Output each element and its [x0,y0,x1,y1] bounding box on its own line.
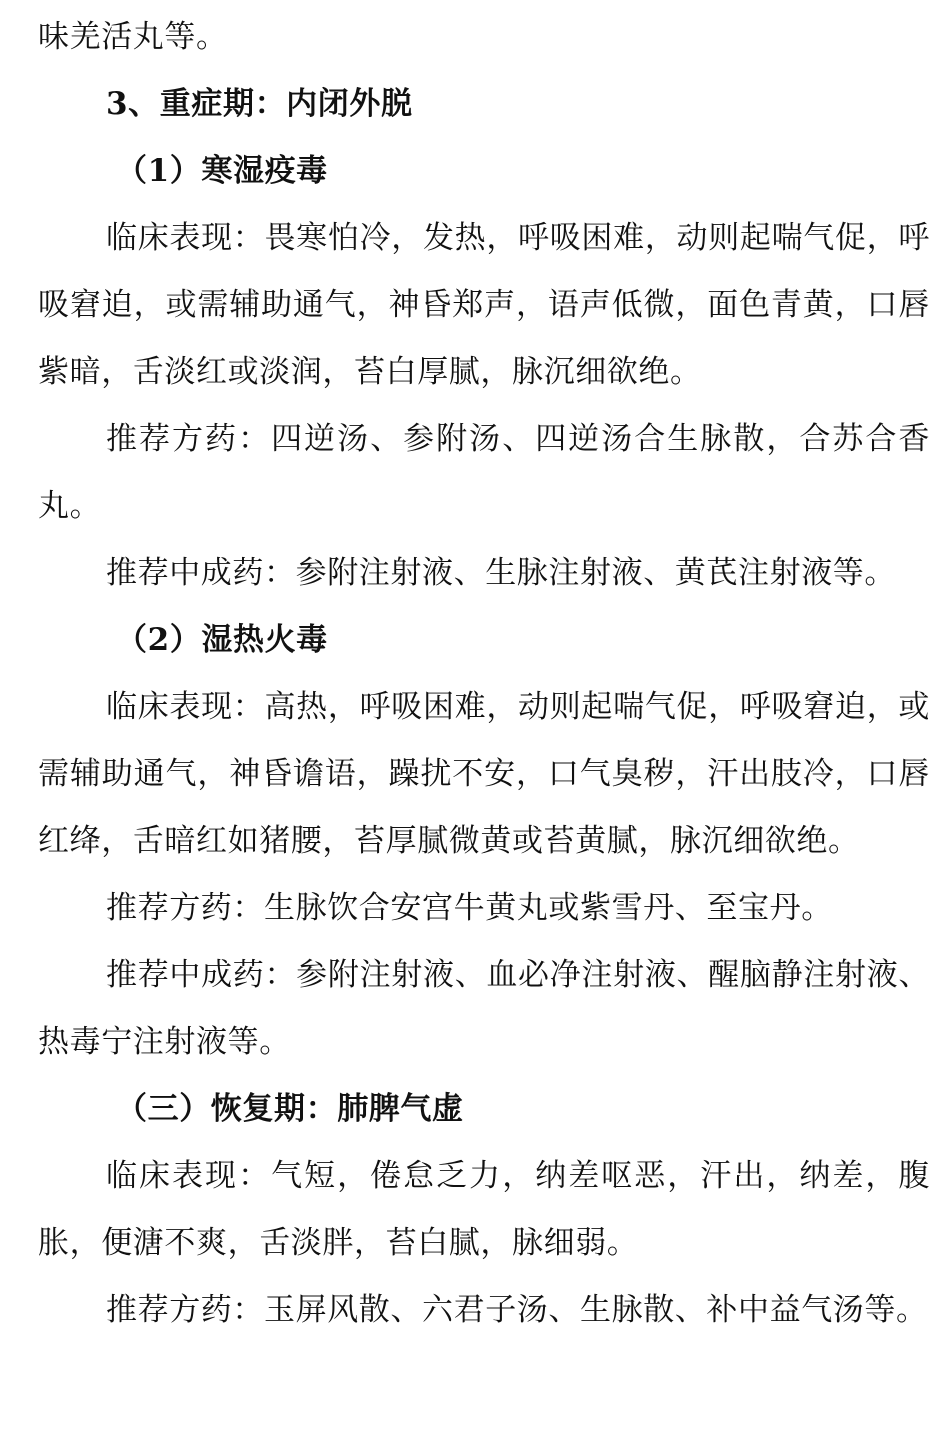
recommended-prescription-paragraph: 推荐方药：生脉饮合安宫牛黄丸或紫雪丹、至宝丹。 [38,875,930,942]
clinical-manifestation-paragraph: 临床表现：高热，呼吸困难，动则起喘气促，呼吸窘迫，或需辅助通气，神昏谵语，躁扰不… [38,674,930,875]
subheading-damp-heat: （2）湿热火毒 [38,607,930,674]
recommended-prescription-paragraph: 推荐方药：玉屏风散、六君子汤、生脉散、补中益气汤等。 [38,1277,930,1344]
clinical-manifestation-paragraph: 临床表现：畏寒怕冷，发热，呼吸困难，动则起喘气促，呼吸窘迫，或需辅助通气，神昏郑… [38,205,930,406]
recommended-patent-medicine-paragraph: 推荐中成药：参附注射液、生脉注射液、黄芪注射液等。 [38,540,930,607]
section-heading-severe-stage: 3、重症期：内闭外脱 [38,71,930,138]
clinical-manifestation-paragraph: 临床表现：气短，倦怠乏力，纳差呕恶，汗出，纳差，腹胀，便溏不爽，舌淡胖，苔白腻，… [38,1143,930,1277]
continuation-text: 味羌活丸等。 [38,4,930,71]
section-heading-recovery-stage: （三）恢复期：肺脾气虚 [38,1076,930,1143]
document-page: 味羌活丸等。 3、重症期：内闭外脱 （1）寒湿疫毒 临床表现：畏寒怕冷，发热，呼… [38,4,930,1344]
recommended-patent-medicine-paragraph: 推荐中成药：参附注射液、血必净注射液、醒脑静注射液、热毒宁注射液等。 [38,942,930,1076]
recommended-prescription-paragraph: 推荐方药：四逆汤、参附汤、四逆汤合生脉散，合苏合香丸。 [38,406,930,540]
subheading-cold-damp: （1）寒湿疫毒 [38,138,930,205]
